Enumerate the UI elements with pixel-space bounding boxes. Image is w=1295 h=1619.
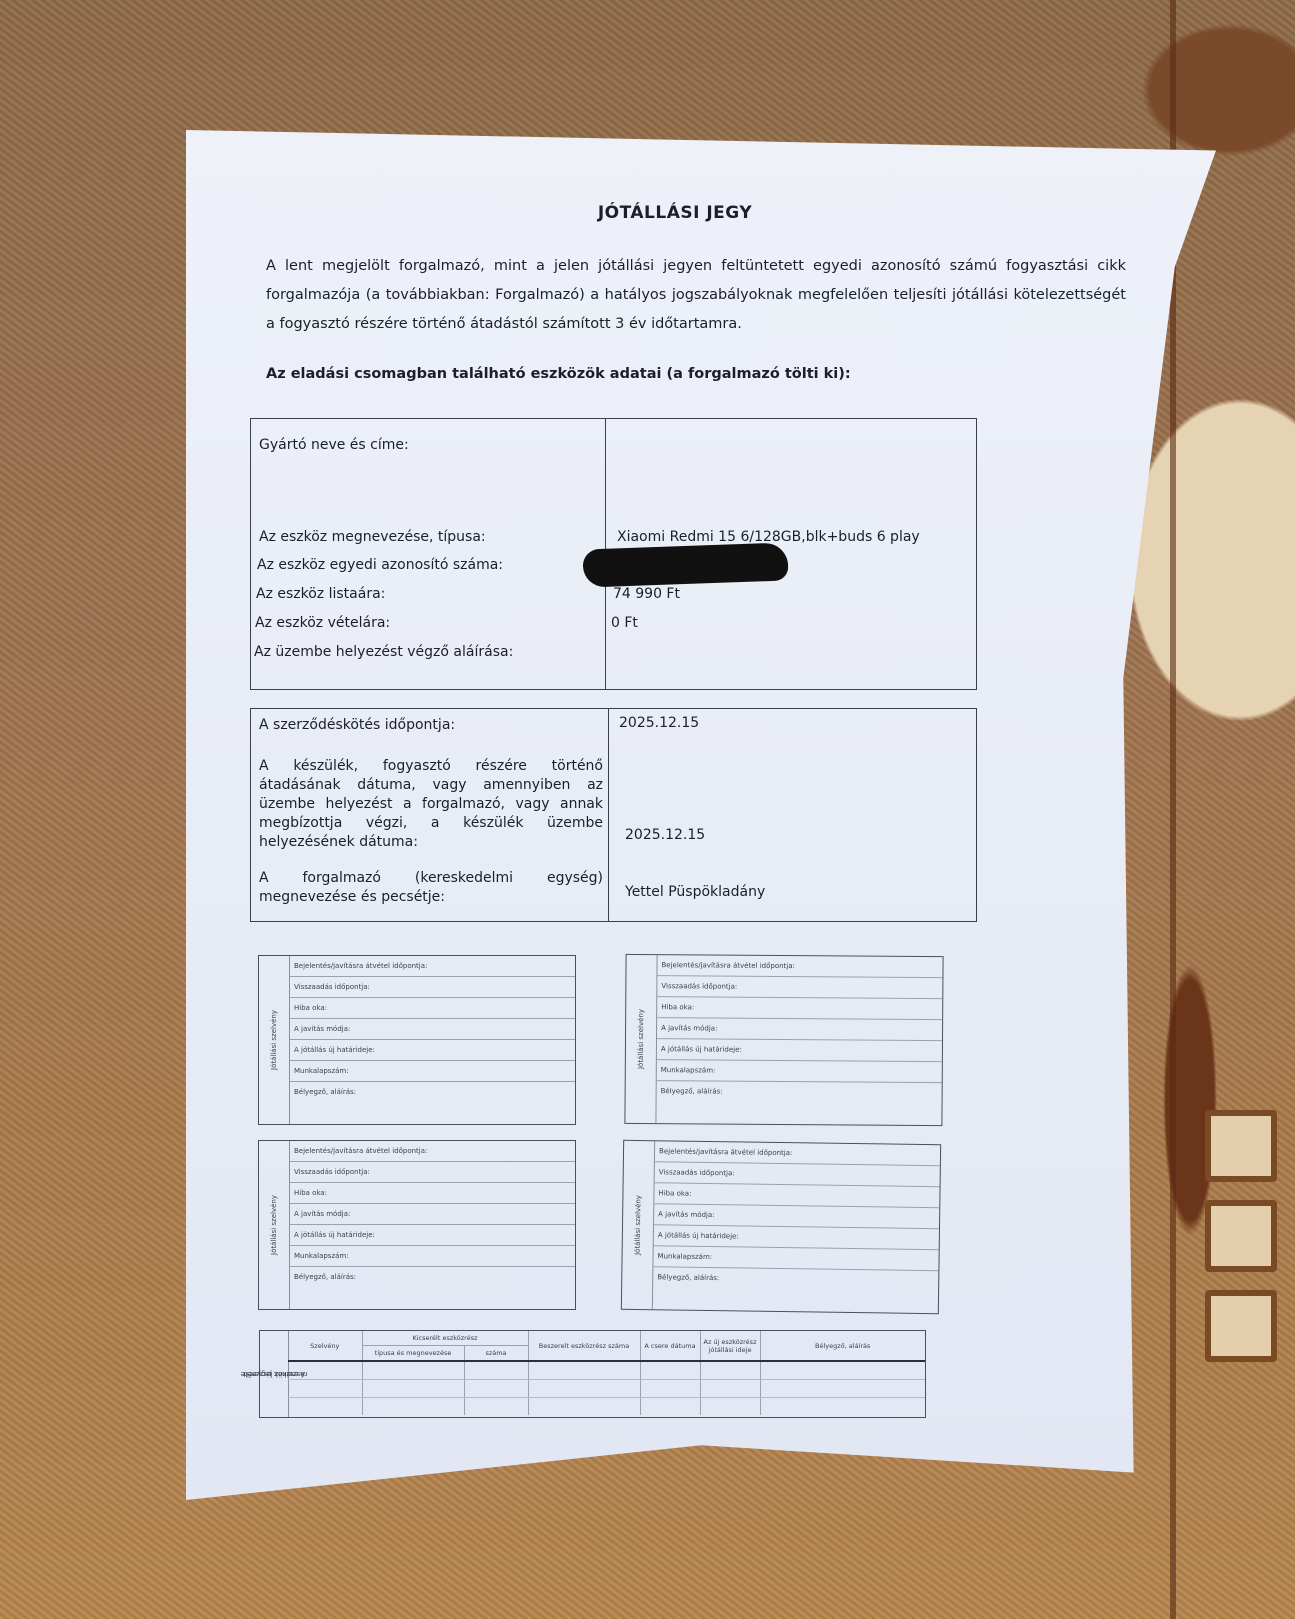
coupon-field: A javítás módja:: [657, 1018, 942, 1041]
contract-date-value: 2025.12.15: [619, 715, 699, 731]
coupon-field: Bejelentés/javításra átvétel időpontja:: [657, 955, 942, 978]
device-id-label: Az eszköz egyedi azonosító száma:: [257, 557, 503, 573]
coupon-field: Bélyegző, aláírás:: [290, 1267, 575, 1288]
coupon-field: Visszaadás időpontja:: [657, 976, 942, 999]
header-coupon: Szelvény: [288, 1331, 362, 1361]
table-row: [288, 1380, 925, 1398]
device-name-label: Az eszköz megnevezése, típusa:: [259, 529, 486, 545]
coupon-side-label: Jótállási szelvény: [259, 956, 290, 1124]
warranty-coupon-1: Jótállási szelvény Bejelentés/javításra …: [258, 955, 576, 1125]
coupon-field: Munkalapszám:: [290, 1246, 575, 1267]
coupon-field: Visszaadás időpontja:: [290, 977, 575, 998]
coupon-side-label: Jótállási szelvény: [259, 1141, 290, 1309]
coupon-side-label: Jótállási szelvény: [622, 1141, 655, 1309]
header-installed-number: Beszerelt eszközrész száma: [528, 1331, 640, 1361]
document-title: JÓTÁLLÁSI JEGY: [0, 203, 1295, 223]
coupon-field: Munkalapszám:: [657, 1060, 942, 1083]
coupon-field: Bélyegző, aláírás:: [290, 1082, 575, 1103]
coupon-field: A jótállás új határideje:: [290, 1225, 575, 1246]
manufacturer-label: Gyártó neve és címe:: [259, 437, 409, 453]
header-new-warranty: Az új eszközrész jótállási ideje: [700, 1331, 760, 1361]
coupon-field: A jótállás új határideje:: [290, 1040, 575, 1061]
purchase-price-label: Az eszköz vételára:: [255, 615, 390, 631]
list-price-value: 74 990 Ft: [613, 586, 680, 602]
coupon-field: A jótállás új határideje:: [657, 1039, 942, 1062]
handover-date-value: 2025.12.15: [625, 827, 705, 843]
seller-label-line: megnevezése és pecsétje:: [259, 888, 603, 907]
contract-details-box: A szerződéskötés időpontja: 2025.12.15 A…: [250, 708, 977, 922]
warranty-coupon-2: Jótállási szelvény Bejelentés/javításra …: [624, 954, 943, 1126]
coupon-field: Bélyegző, aláírás:: [657, 1081, 942, 1104]
list-price-label: Az eszköz listaára:: [256, 586, 385, 602]
coupon-field: Hiba oka:: [290, 1183, 575, 1204]
coupon-field: Bejelentés/javításra átvétel időpontja:: [290, 1141, 575, 1162]
installer-signature-label: Az üzembe helyezést végző aláírása:: [254, 644, 513, 660]
header-replaced-type: típusa és megnevezése: [362, 1346, 464, 1362]
column-divider: [608, 709, 609, 921]
redaction-mark: [582, 542, 788, 587]
coupon-field: A javítás módja:: [290, 1204, 575, 1225]
parts-grid: Szelvény Kicserélt eszközrész Beszerelt …: [288, 1331, 925, 1415]
replaced-parts-table: A eszköz kicseréltrészeinek jegyzéke Sze…: [259, 1330, 926, 1418]
coupon-field: Bejelentés/javításra átvétel időpontja:: [290, 956, 575, 977]
header-stamp: Bélyegző, aláírás: [760, 1331, 925, 1361]
coupon-field: A javítás módja:: [290, 1019, 575, 1040]
contract-date-label: A szerződéskötés időpontja:: [259, 717, 455, 733]
warranty-coupon-4: Jótállási szelvény Bejelentés/javításra …: [621, 1140, 941, 1314]
seller-value: Yettel Püspökladány: [625, 884, 765, 900]
handover-label-line: helyezésének dátuma:: [259, 833, 603, 852]
parts-side-label: A eszköz kicseréltrészeinek jegyzéke: [260, 1331, 289, 1417]
header-replace-date: A csere dátuma: [640, 1331, 700, 1361]
handover-label-line: átadásának dátuma, vagy amennyiben az: [259, 776, 603, 795]
coupon-field: Munkalapszám:: [290, 1061, 575, 1082]
parts-rows: [288, 1361, 925, 1415]
intro-paragraph: A lent megjelölt forgalmazó, mint a jele…: [266, 252, 1126, 339]
device-section-heading: Az eladási csomagban található eszközök …: [266, 366, 851, 382]
warranty-coupon-3: Jótállási szelvény Bejelentés/javításra …: [258, 1140, 576, 1310]
coupon-field: Hiba oka:: [657, 997, 942, 1020]
table-row: [288, 1361, 925, 1380]
coupon-field: Visszaadás időpontja:: [290, 1162, 575, 1183]
warranty-document: JÓTÁLLÁSI JEGY A lent megjelölt forgalma…: [0, 0, 1295, 1619]
header-replaced-part: Kicserélt eszközrész: [362, 1331, 528, 1346]
header-replaced-number: száma: [464, 1346, 528, 1362]
purchase-price-value: 0 Ft: [611, 615, 638, 631]
handover-label-line: A készülék, fogyasztó részére történő: [259, 757, 603, 776]
coupon-field: Hiba oka:: [290, 998, 575, 1019]
coupon-side-label: Jótállási szelvény: [625, 955, 657, 1123]
coupon-field: Bélyegző, aláírás:: [653, 1267, 938, 1292]
table-row: [288, 1398, 925, 1416]
handover-label-line: üzembe helyezést a forgalmazó, vagy anna…: [259, 795, 603, 814]
handover-label-line: megbízottja végzi, a készülék üzembe: [259, 814, 603, 833]
seller-label-line: A forgalmazó (kereskedelmi egység): [259, 869, 603, 888]
